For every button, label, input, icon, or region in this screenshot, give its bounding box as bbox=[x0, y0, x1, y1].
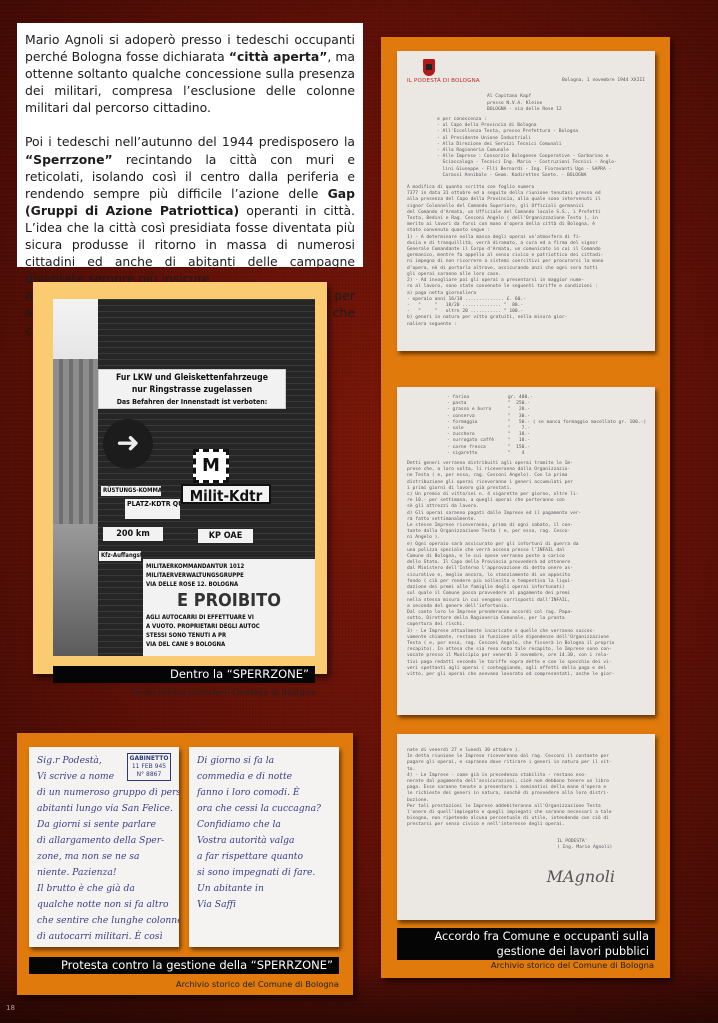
photo-caption: Dentro la “SPERRZONE” bbox=[53, 666, 315, 683]
text-line: vitto, per gli operai che avevano lavora… bbox=[407, 672, 645, 678]
document-cc-list: e per conoscenza :- al Capo della Provin… bbox=[437, 117, 645, 179]
gabinetto-stamp: GABINETTO 11 FEB 945 N° 8867 bbox=[127, 753, 171, 781]
building bbox=[53, 359, 98, 529]
documents-panel: IL PODESTÀ DI BOLOGNA Bologna, 1 novembr… bbox=[381, 37, 670, 978]
sign-200km: 200 km bbox=[103, 527, 163, 541]
protest-letter-page-2: Di giorno si fa lacommedia e di nottefan… bbox=[189, 747, 339, 947]
text-line: Da giorni si sente parlare bbox=[37, 817, 171, 833]
text-line: abitanti lungo via San Felice. bbox=[37, 801, 171, 817]
text-line: qualche notte non si fa altro bbox=[37, 897, 171, 913]
documents-credit: Archivio storico del Comune di Bologna bbox=[394, 960, 654, 970]
sign-milit-kdtr: Milit-Kdtr bbox=[181, 484, 271, 504]
documents-caption: Accordo fra Comune e occupanti sulla ges… bbox=[397, 928, 655, 960]
text-line: di un numeroso gruppo di persone bbox=[37, 785, 171, 801]
sign-lkw: Fur LKW und Gleiskettenfahrzeuge nur Rin… bbox=[98, 369, 286, 409]
bologna-crest-icon bbox=[423, 59, 435, 76]
signatory: IL PODESTA'( Ing. Mario Agnoli) bbox=[557, 839, 645, 851]
text-line: Il brutto è che già da bbox=[37, 881, 171, 897]
text-line: niente. Pazienza! bbox=[37, 865, 171, 881]
sign-platz: PLATZ-KDTR QUARTIERAMT bbox=[125, 499, 180, 519]
m-badge-sign: M bbox=[193, 449, 229, 483]
text-line: Via Saffi bbox=[197, 897, 331, 913]
sign-rustungs: RÜSTUNGS-KOMMANDO BOLOGNA bbox=[101, 486, 161, 496]
photo-credit: Fondo Franco Cristofori/ Cineteca di Bol… bbox=[45, 687, 315, 697]
text-line: Un abitante in bbox=[197, 881, 331, 897]
text-line: naliera seguente : bbox=[407, 322, 645, 328]
intro-text-box: Mario Agnoli si adoperò presso i tedesch… bbox=[17, 23, 363, 267]
text-line: prestarsi per senso civico e nell'intere… bbox=[407, 822, 645, 828]
text-line: BOLOGNA - via delle Rose 12 bbox=[487, 107, 645, 113]
text-line: Sciaccaluga - Tecnici Ing. Mario - Costr… bbox=[437, 160, 645, 166]
text-line: di autocarri militari. È così bbox=[37, 929, 171, 945]
text-line: che si rispetta la Sperrzone? bbox=[37, 945, 171, 947]
agreement-page-1: IL PODESTÀ DI BOLOGNA Bologna, 1 novembr… bbox=[397, 51, 655, 351]
text-line: Carassi Annibale - Geom. Kadirettes Sant… bbox=[437, 173, 645, 179]
letters-caption: Protesta contro la gestione della “SPERR… bbox=[29, 957, 339, 974]
text-line: zone, ma non se ne sa bbox=[37, 849, 171, 865]
text-line: Confidiamo che la bbox=[197, 817, 331, 833]
document-recipient: Al Capitano Kapfpresso N.V.A. KleineBOLO… bbox=[487, 94, 645, 113]
text-line: commedia e di notte bbox=[197, 769, 331, 785]
rations-list: - farina gr. 400.-- pasta " 250.-- grass… bbox=[447, 395, 645, 457]
text-line: di allargamento della Sper- bbox=[37, 833, 171, 849]
text-line: Di giorno si fa la bbox=[197, 753, 331, 769]
signature: MAgnoli bbox=[547, 874, 615, 880]
text-line: che sentire che lunghe colonne bbox=[37, 913, 171, 929]
agreement-page-2: - farina gr. 400.-- pasta " 250.-- grass… bbox=[397, 387, 655, 715]
text-line: Vostra autorità valga bbox=[197, 833, 331, 849]
photo-panel: Fur LKW und Gleiskettenfahrzeuge nur Rin… bbox=[33, 282, 327, 674]
text-line: - sigarette " 4 bbox=[447, 451, 645, 457]
sperrzone-photo: Fur LKW und Gleiskettenfahrzeuge nur Rin… bbox=[53, 299, 315, 656]
protest-letter-page-1: GABINETTO 11 FEB 945 N° 8867 Sig.r Podes… bbox=[29, 747, 179, 947]
letter-text-left: Sig.r Podestà,Vi scrive a nomedi un nume… bbox=[37, 753, 171, 947]
text-line: fanno i loro comodi. È bbox=[197, 785, 331, 801]
letter-text-right: Di giorno si fa lacommedia e di nottefan… bbox=[197, 753, 331, 913]
document-body: A modifica di quanto scritto con foglio … bbox=[407, 185, 645, 328]
sign-kp: KP OAE bbox=[198, 529, 253, 543]
letters-panel: GABINETTO 11 FEB 945 N° 8867 Sig.r Podes… bbox=[17, 733, 353, 995]
sign-e-proibito: MILITAERKOMMANDANTUR 1012 MILITAERVERWAL… bbox=[143, 559, 315, 656]
text-line: ( Ing. Mario Agnoli) bbox=[557, 845, 645, 851]
street bbox=[53, 524, 103, 656]
text-line: pagare gli operai, e sapranno dove ritir… bbox=[407, 760, 645, 766]
document-body: Detti generi verranno distribuiti agli o… bbox=[407, 461, 645, 678]
text-line: tivi paga redatti secondo le tariffe sop… bbox=[407, 660, 645, 666]
text-line: ora che cessi la cuccagna? bbox=[197, 801, 331, 817]
sign-kfz: Kfz-Auffangst bbox=[99, 551, 141, 561]
document-body: nate di venerdì 27 e lunedì 30 ottobre )… bbox=[407, 748, 645, 829]
text-line: a far rispettare quanto bbox=[197, 849, 331, 865]
letters-credit: Archivio storico del Comune di Bologna bbox=[39, 979, 339, 989]
text-line: si sono impegnati di fare. bbox=[197, 865, 331, 881]
arrow-sign-icon: ➜ bbox=[103, 419, 153, 469]
page-number: 18 bbox=[6, 1004, 15, 1012]
intro-paragraph-1: Mario Agnoli si adoperò presso i tedesch… bbox=[25, 31, 355, 116]
agreement-page-3: nate di venerdì 27 e lunedì 30 ottobre )… bbox=[397, 734, 655, 920]
